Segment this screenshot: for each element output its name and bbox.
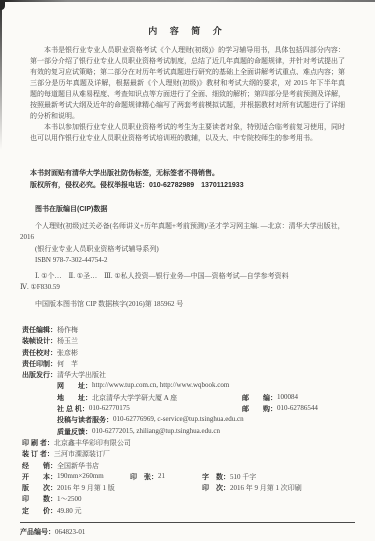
- anti-piracy-label-line: 本书封面贴有清华大学出版社防伪标签，无标签者不得销售。: [30, 168, 345, 180]
- cip-classification-line-2: Ⅳ. ①F830.59: [20, 282, 355, 294]
- colophon-label: 印 数：: [22, 494, 57, 504]
- colophon-row: 出版发行：清华大学出版社: [22, 370, 375, 381]
- colophon-label: 社 总 机：: [57, 404, 89, 414]
- colophon-label: 邮 编：: [242, 393, 277, 403]
- anti-piracy-notice: 本书封面贴有清华大学出版社防伪标签，无标签者不得销售。 版权所有，侵权必究。侵权…: [30, 168, 345, 192]
- scan-left-edge-artifact: [0, 0, 2, 150]
- colophon-row: 责任编辑：杨作梅: [22, 325, 375, 336]
- colophon-value: 2016 年 9 月第 1 次印刷: [230, 483, 302, 493]
- colophon-label: 开 本：: [22, 472, 57, 482]
- colophon-label: 责任印制：: [22, 359, 57, 369]
- colophon-label: 地 址：: [57, 393, 92, 403]
- colophon-value: 2016 年 9 月第 1 版: [57, 483, 115, 493]
- colophon-row: 版 次：2016 年 9 月第 1 版印 次：2016 年 9 月第 1 次印刷: [22, 483, 375, 494]
- colophon-row: 质量反馈：010-62772015, zhiliang@tup.tsinghua…: [57, 427, 375, 438]
- cip-classification-line-1: Ⅰ. ①个… Ⅱ. ①圣… Ⅲ. ①私人投资—银行业务—中国—资格考试—自学参考…: [35, 271, 355, 283]
- cip-year-line: 2016: [20, 232, 355, 244]
- colophon-label: 字 数：: [202, 472, 230, 482]
- colophon-value: 杨作梅: [57, 325, 78, 335]
- colophon-row: 定 价：49.80 元: [22, 506, 375, 517]
- copyright-hotline-line: 版权所有，侵权必究。侵权举报电话：010-62782989 1370112193…: [30, 180, 345, 192]
- colophon-row: 印 数：1～2500: [22, 494, 375, 505]
- colophon-value: 何 芊: [57, 359, 78, 369]
- colophon-label: 版 次：: [22, 483, 57, 493]
- colophon-label: 质量反馈：: [57, 427, 92, 437]
- content-summary-paragraph-1: 本书是银行业专业人员职业资格考试《个人理财(初级)》的学习辅导用书，具体包括四部…: [30, 45, 345, 122]
- colophon-row: 责任印制：何 芊: [22, 359, 375, 370]
- colophon: 责任编辑：杨作梅装帧设计：杨玉兰责任校对：张彦彬责任印制：何 芊出版发行：清华大…: [22, 325, 375, 517]
- colophon-label: 装帧设计：: [22, 336, 57, 346]
- colophon-value: 北京清华大学学研大厦 A 座: [92, 393, 177, 403]
- colophon-row: 经 销：全国新华书店: [22, 461, 375, 472]
- colophon-value: 100084: [277, 393, 298, 403]
- colophon-value: 三河市溧源装订厂: [54, 449, 110, 459]
- product-number-line: 产品编号：064823-01: [20, 527, 375, 537]
- colophon-label: 网 址：: [57, 381, 92, 391]
- colophon-row: 网 址：http://www.tup.com.cn, http://www.wq…: [57, 381, 375, 392]
- colophon-value: 张彦彬: [57, 348, 78, 358]
- colophon-row: 装 订 者：三河市溧源装订厂: [22, 449, 375, 460]
- colophon-row: 责任校对：张彦彬: [22, 348, 375, 359]
- colophon-row: 社 总 机：010-62770175邮 购：010-62786544: [57, 404, 375, 415]
- scan-top-edge-artifact: [0, 0, 375, 2]
- colophon-value: 510 千字: [230, 472, 256, 482]
- isbn-line: ISBN 978-7-302-44754-2: [35, 255, 355, 267]
- colophon-row: 印 刷 者：北京鑫丰华彩印有限公司: [22, 438, 375, 449]
- cip-title-line: 个人理财(初级)过关必备(名师讲义+历年真题+考前预测)/圣才学习网主编. —北…: [35, 221, 355, 233]
- colophon-value: 010-62786544: [277, 404, 318, 414]
- colophon-row: 投稿与读者服务：010-62776969, c-service@tup.tsin…: [57, 415, 375, 426]
- colophon-label: 印 刷 者：: [22, 438, 54, 448]
- colophon-label: 责任编辑：: [22, 325, 57, 335]
- colophon-label: 经 销：: [22, 461, 57, 471]
- colophon-row: 开 本：190mm×260mm印 张：21字 数：510 千字: [22, 472, 375, 483]
- colophon-value: 北京鑫丰华彩印有限公司: [54, 438, 131, 448]
- colophon-label: 印 张：: [130, 472, 158, 482]
- content-summary-title: 内 容 简 介: [30, 24, 345, 37]
- colophon-value: 190mm×260mm: [57, 472, 104, 482]
- content-summary-paragraph-2: 本书以参加银行业专业人员职业资格考试的考生为主要读者对象，特别适合临考前复习使用…: [30, 122, 345, 144]
- cip-record-number-line: 中国版本图书馆 CIP 数据核字(2016)第 185962 号: [35, 299, 355, 311]
- cip-series-line: (银行业专业人员职业资格考试辅导系列): [35, 244, 355, 256]
- product-number-label: 产品编号：: [20, 529, 55, 536]
- colophon-label: 装 订 者：: [22, 449, 54, 459]
- colophon-label: 邮 购：: [242, 404, 277, 414]
- colophon-value: http://www.tup.com.cn, http://www.wqbook…: [92, 381, 229, 391]
- copyright-page: 内 容 简 介 本书是银行业专业人员职业资格考试《个人理财(初级)》的学习辅导用…: [0, 0, 375, 541]
- colophon-value: 1～2500: [57, 494, 82, 504]
- colophon-label: 出版发行：: [22, 370, 57, 380]
- colophon-label: 责任校对：: [22, 348, 57, 358]
- colophon-label: 印 次：: [202, 483, 230, 493]
- colophon-value: 全国新华书店: [57, 461, 99, 471]
- colophon-label: 投稿与读者服务：: [57, 415, 113, 425]
- cip-data-section: 图书在版编目(CIP)数据 个人理财(初级)过关必备(名师讲义+历年真题+考前预…: [20, 204, 355, 310]
- colophon-row: 装帧设计：杨玉兰: [22, 336, 375, 347]
- cip-heading: 图书在版编目(CIP)数据: [35, 204, 355, 216]
- colophon-value: 010-62772015, zhiliang@tup.tsinghua.edu.…: [92, 427, 220, 437]
- colophon-value: 杨玉兰: [57, 336, 78, 346]
- product-number-value: 064823-01: [55, 528, 85, 536]
- colophon-value: 49.80 元: [57, 506, 82, 516]
- colophon-value: 21: [158, 472, 165, 482]
- footer-divider: [20, 522, 355, 523]
- colophon-label: 定 价：: [22, 506, 57, 516]
- colophon-value: 清华大学出版社: [57, 370, 106, 380]
- content-summary-section: 内 容 简 介 本书是银行业专业人员职业资格考试《个人理财(初级)》的学习辅导用…: [0, 0, 375, 144]
- colophon-value: 010-62776969, c-service@tup.tsinghua.edu…: [113, 415, 244, 425]
- colophon-row: 地 址：北京清华大学学研大厦 A 座邮 编：100084: [57, 393, 375, 404]
- colophon-value: 010-62770175: [89, 404, 130, 414]
